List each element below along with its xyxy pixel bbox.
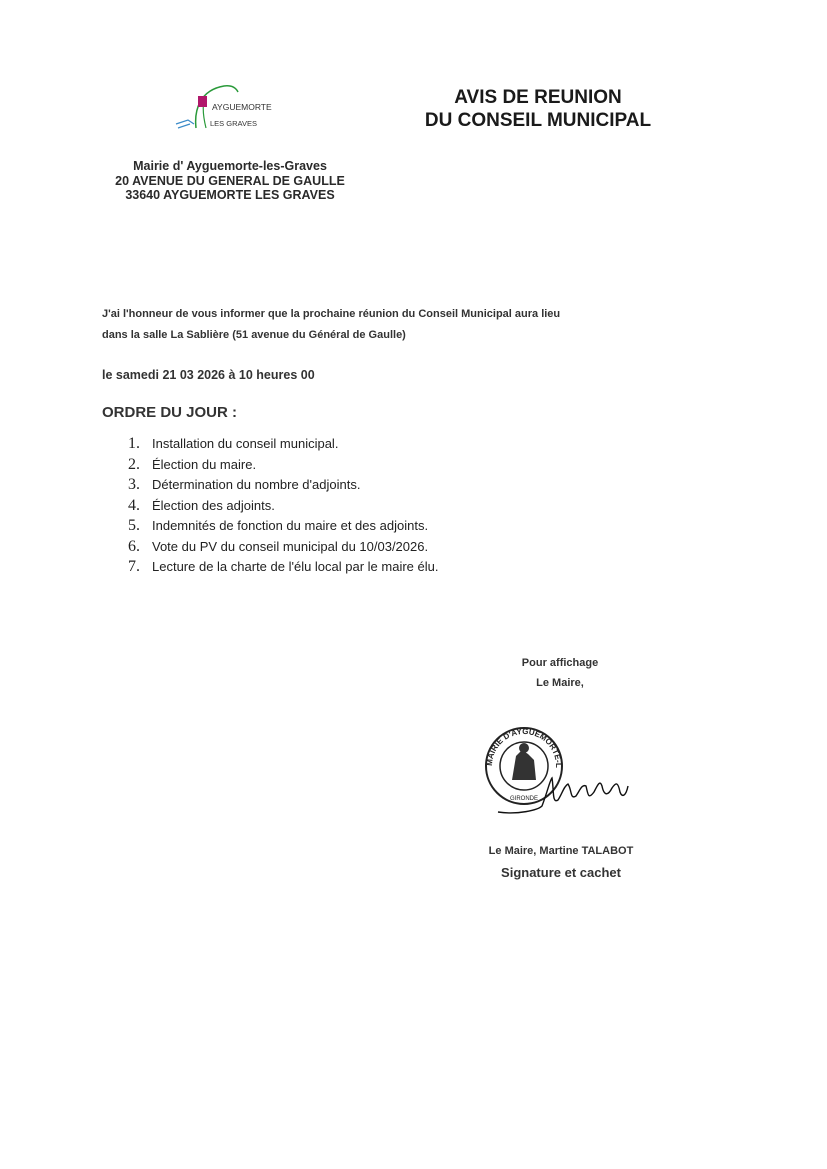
signature-label: Signature et cachet — [480, 865, 642, 880]
agenda-item: 6.Vote du PV du conseil municipal du 10/… — [128, 538, 438, 559]
meeting-datetime: le samedi 21 03 2026 à 10 heures 00 — [102, 368, 315, 382]
agenda-item: 5.Indemnités de fonction du maire et des… — [128, 517, 438, 538]
agenda-item-text: Installation du conseil municipal. — [152, 436, 338, 451]
posting-label: Pour affichage — [496, 653, 624, 673]
title-line-1: AVIS DE REUNION — [400, 86, 676, 109]
address-line-2: 20 AVENUE DU GENERAL DE GAULLE — [90, 174, 370, 189]
agenda-title: ORDRE DU JOUR : — [102, 404, 237, 421]
agenda-item: 1.Installation du conseil municipal. — [128, 435, 438, 456]
mayor-label: Le Maire, — [496, 673, 624, 693]
agenda-list: 1.Installation du conseil municipal. 2.É… — [128, 435, 438, 579]
stamp-icon: MAIRIE D'AYGUEMORTE-LES-GRAVES GIRONDE — [478, 720, 638, 820]
intro-line-1: J'ai l'honneur de vous informer que la p… — [102, 304, 560, 325]
agenda-item: 7.Lecture de la charte de l'élu local pa… — [128, 558, 438, 579]
title-line-2: DU CONSEIL MUNICIPAL — [400, 109, 676, 132]
agenda-item-number: 4. — [128, 497, 152, 515]
agenda-item-number: 7. — [128, 558, 152, 576]
town-hall-address: Mairie d' Ayguemorte-les-Graves 20 AVENU… — [90, 159, 370, 203]
agenda-item: 4.Élection des adjoints. — [128, 497, 438, 518]
agenda-item-text: Lecture de la charte de l'élu local par … — [152, 559, 438, 574]
intro-paragraph: J'ai l'honneur de vous informer que la p… — [102, 304, 560, 346]
agenda-item-number: 3. — [128, 476, 152, 494]
agenda-item: 3.Détermination du nombre d'adjoints. — [128, 476, 438, 497]
posting-notice: Pour affichage Le Maire, — [496, 653, 624, 693]
mayor-name: Le Maire, Martine TALABOT — [480, 845, 642, 857]
official-stamp-and-signature: MAIRIE D'AYGUEMORTE-LES-GRAVES GIRONDE — [478, 720, 638, 820]
agenda-item-text: Vote du PV du conseil municipal du 10/03… — [152, 539, 428, 554]
agenda-item-text: Détermination du nombre d'adjoints. — [152, 477, 360, 492]
document-title: AVIS DE REUNION DU CONSEIL MUNICIPAL — [400, 86, 676, 132]
svg-text:LES GRAVES: LES GRAVES — [210, 119, 257, 128]
address-line-1: Mairie d' Ayguemorte-les-Graves — [90, 159, 370, 174]
agenda-item-number: 1. — [128, 435, 152, 453]
address-line-3: 33640 AYGUEMORTE LES GRAVES — [90, 188, 370, 203]
agenda-item-text: Indemnités de fonction du maire et des a… — [152, 518, 428, 533]
intro-line-2: dans la salle La Sablière (51 avenue du … — [102, 325, 560, 346]
svg-text:AYGUEMORTE: AYGUEMORTE — [212, 102, 272, 112]
agenda-item: 2.Élection du maire. — [128, 456, 438, 477]
svg-text:GIRONDE: GIRONDE — [510, 796, 538, 802]
agenda-item-number: 2. — [128, 456, 152, 474]
agenda-item-text: Élection du maire. — [152, 457, 256, 472]
municipality-logo: AYGUEMORTE LES GRAVES — [174, 80, 274, 132]
agenda-item-number: 6. — [128, 538, 152, 556]
agenda-item-text: Élection des adjoints. — [152, 498, 275, 513]
agenda-item-number: 5. — [128, 517, 152, 535]
flower-logo-icon: AYGUEMORTE LES GRAVES — [174, 80, 274, 132]
